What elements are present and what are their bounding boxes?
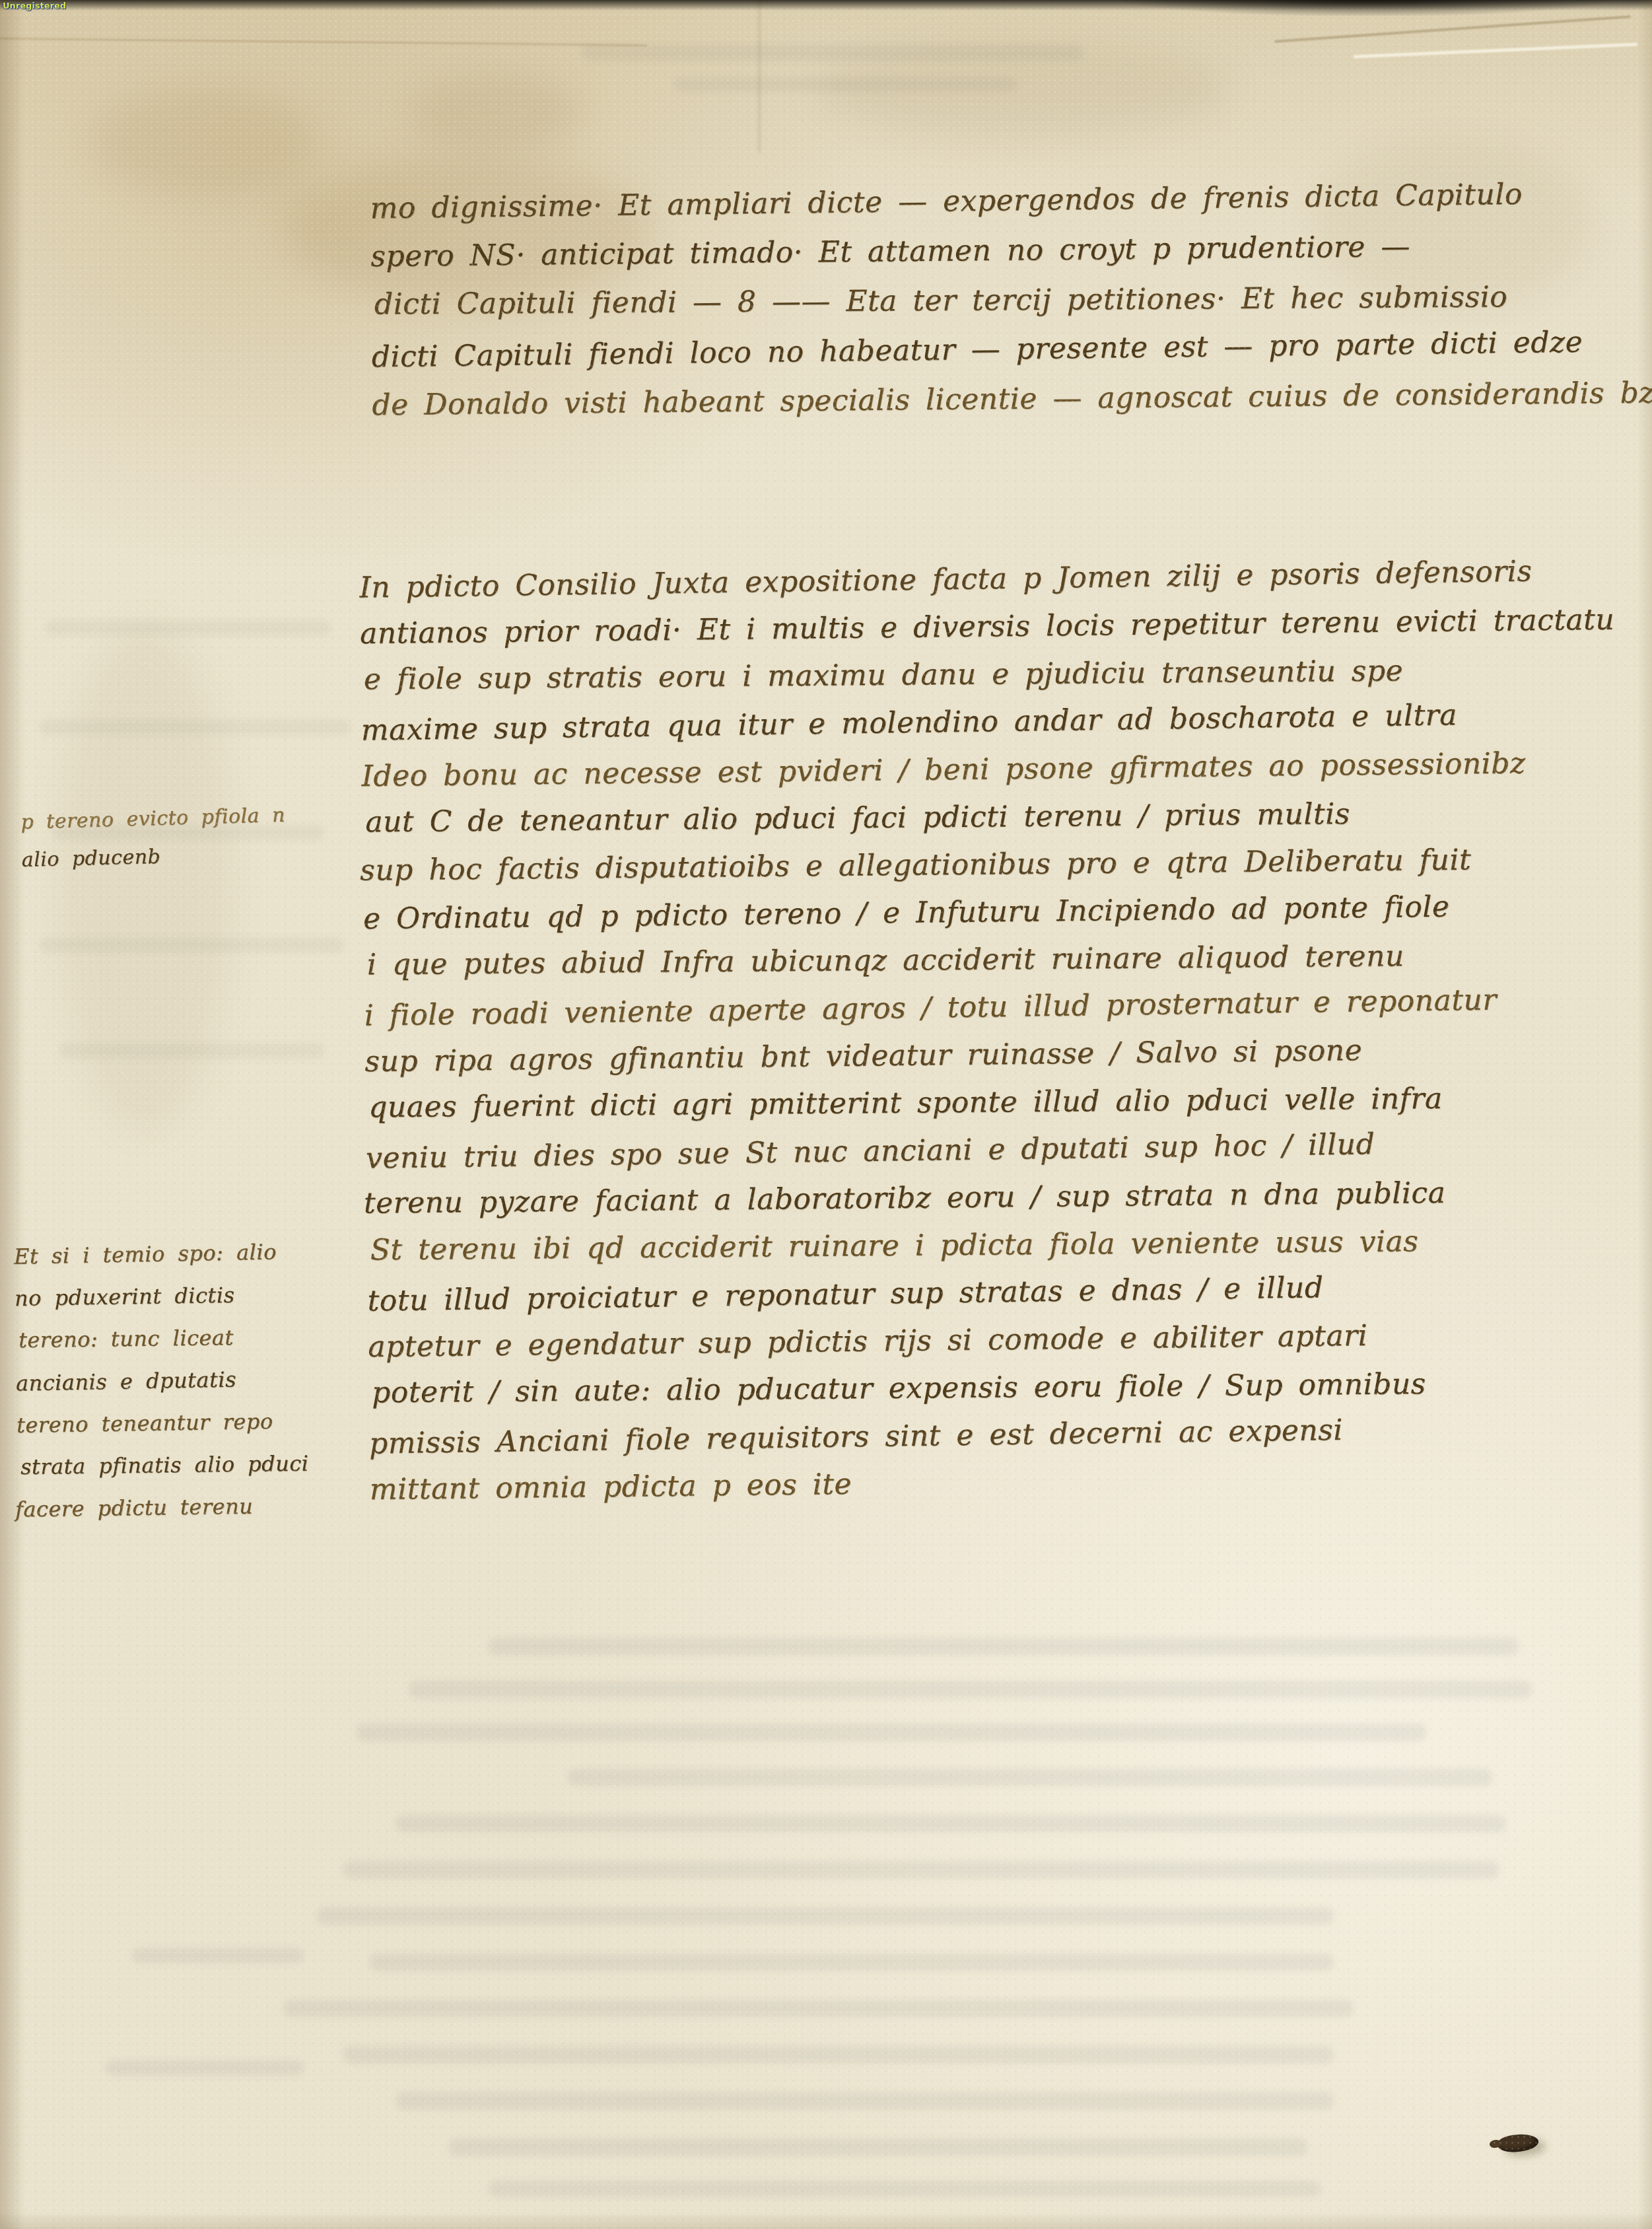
bleed-line xyxy=(449,2139,1307,2156)
paper-stain xyxy=(92,86,317,198)
margin-note: p tereno evicto pfiola n alio pducenb xyxy=(20,795,339,880)
ink-blot xyxy=(1497,2132,1540,2154)
bleed-line xyxy=(40,720,350,734)
manuscript-line: ancianis e dputatis xyxy=(15,1356,346,1404)
bleed-line xyxy=(46,621,330,635)
margin-note: Et si i temio spo: alio no pduxerint dic… xyxy=(14,1230,349,1531)
bleed-line xyxy=(106,2061,304,2075)
bleed-line xyxy=(343,1861,1499,1878)
bleed-line xyxy=(132,1948,304,1963)
manuscript-page: mo dignissime· Et ampliari dicte — exper… xyxy=(0,0,1652,2229)
right-edge-shadow xyxy=(1637,0,1652,2229)
paper-stain xyxy=(409,73,581,152)
bleed-line xyxy=(568,1769,1492,1786)
manuscript-line: no pduxerint dictis xyxy=(15,1272,345,1320)
bleed-line xyxy=(581,45,1083,61)
bleed-line xyxy=(396,2092,1334,2109)
unregistered-watermark: Unregistered xyxy=(3,1,66,11)
manuscript-line: Et si i temio spo: alio xyxy=(13,1229,344,1277)
paper-crease xyxy=(0,38,647,46)
bleed-line xyxy=(409,1681,1532,1698)
main-paragraph: In pdicto Consilio Juxta expositione fac… xyxy=(359,549,1545,1514)
bleed-line xyxy=(343,2046,1334,2063)
manuscript-line: tereno teneantur repo xyxy=(17,1399,347,1446)
bleed-line xyxy=(357,1724,1426,1741)
bleed-line xyxy=(489,2181,1321,2197)
paper-tear-line xyxy=(1275,15,1631,43)
bottom-edge-shadow xyxy=(0,2212,1652,2229)
manuscript-line: facere pdictu terenu xyxy=(15,1484,346,1531)
bleed-line xyxy=(284,2000,1354,2017)
bleed-line xyxy=(370,1954,1334,1971)
manuscript-line: strata pfinatis alio pduci xyxy=(20,1442,351,1488)
paper-tear-line xyxy=(1354,43,1637,59)
manuscript-line: tereno: tunc liceat xyxy=(18,1315,349,1361)
left-edge-shadow xyxy=(0,0,25,2229)
manuscript-line: alio pducenb xyxy=(21,833,339,880)
bleed-line xyxy=(40,938,343,952)
paper-fold-line xyxy=(758,0,761,152)
bleed-line xyxy=(317,1907,1334,1925)
bleed-line xyxy=(489,1638,1519,1655)
top-edge-shadow xyxy=(1122,0,1611,16)
bleed-line xyxy=(673,78,1017,91)
top-paragraph: mo dignissime· Et ampliari dicte — exper… xyxy=(370,172,1468,430)
bleed-line xyxy=(396,1815,1505,1832)
bleed-line xyxy=(59,1044,324,1058)
